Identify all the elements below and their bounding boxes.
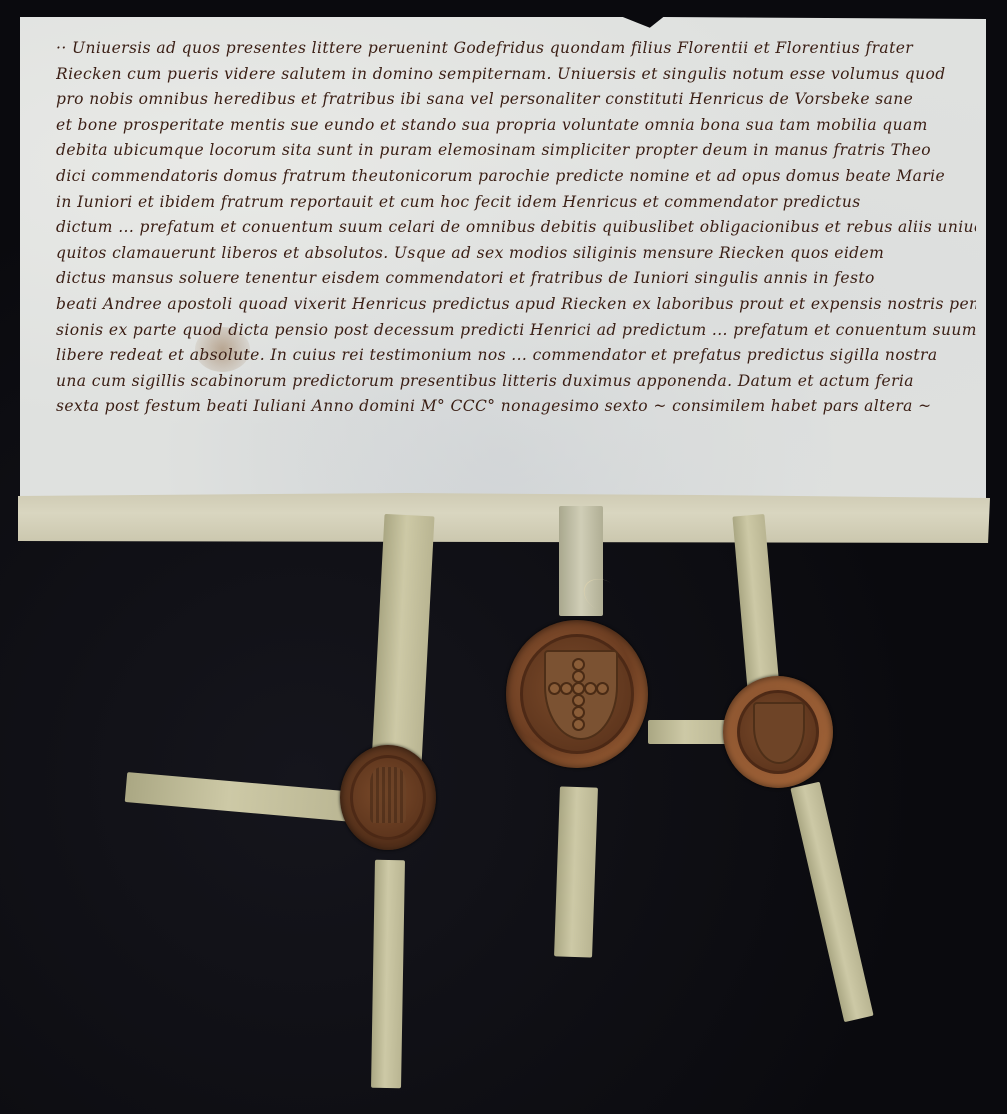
text-line: Riecken cum pueris videre salutem in dom… xyxy=(56,62,976,88)
seal-tag-right-horizontal xyxy=(648,720,730,744)
parchment-fold xyxy=(18,493,990,543)
wax-seal-left xyxy=(340,745,436,850)
text-line: quitos clamauerunt liberos et absolutos.… xyxy=(56,241,976,267)
text-line: sionis ex parte quod dicta pensio post d… xyxy=(56,318,976,344)
text-line: et bone prosperitate mentis sue eundo et… xyxy=(56,113,976,139)
text-line: una cum sigillis scabinorum predictorum … xyxy=(56,369,976,395)
text-line: in Iuniori et ibidem fratrum reportauit … xyxy=(56,190,976,216)
text-line: pro nobis omnibus heredibus et fratribus… xyxy=(56,87,976,113)
seal-tag-left-lower xyxy=(371,860,405,1088)
charter-text: ·· Uniuersis ad quos presentes littere p… xyxy=(56,36,976,420)
text-line: sexta post festum beati Iuliani Anno dom… xyxy=(56,394,976,420)
text-line: dici commendatoris domus fratrum theuton… xyxy=(56,164,976,190)
wax-seal-right xyxy=(723,676,833,788)
seal-figure-icon xyxy=(370,767,406,823)
cross-bead-icon xyxy=(572,718,585,731)
wax-seal-center xyxy=(506,620,648,768)
text-line: beati Andree apostoli quoad vixerit Henr… xyxy=(56,292,976,318)
text-line: libere redeat et absolute. In cuius rei … xyxy=(56,343,976,369)
text-line: dictus mansus soluere tenentur eisdem co… xyxy=(56,266,976,292)
text-line: debita ubicumque locorum sita sunt in pu… xyxy=(56,138,976,164)
text-line: dictum ... prefatum et conuentum suum ce… xyxy=(56,215,976,241)
text-line: ·· Uniuersis ad quos presentes littere p… xyxy=(56,36,976,62)
cross-bead-icon xyxy=(596,682,609,695)
seal-tag-center-lower xyxy=(554,786,598,957)
